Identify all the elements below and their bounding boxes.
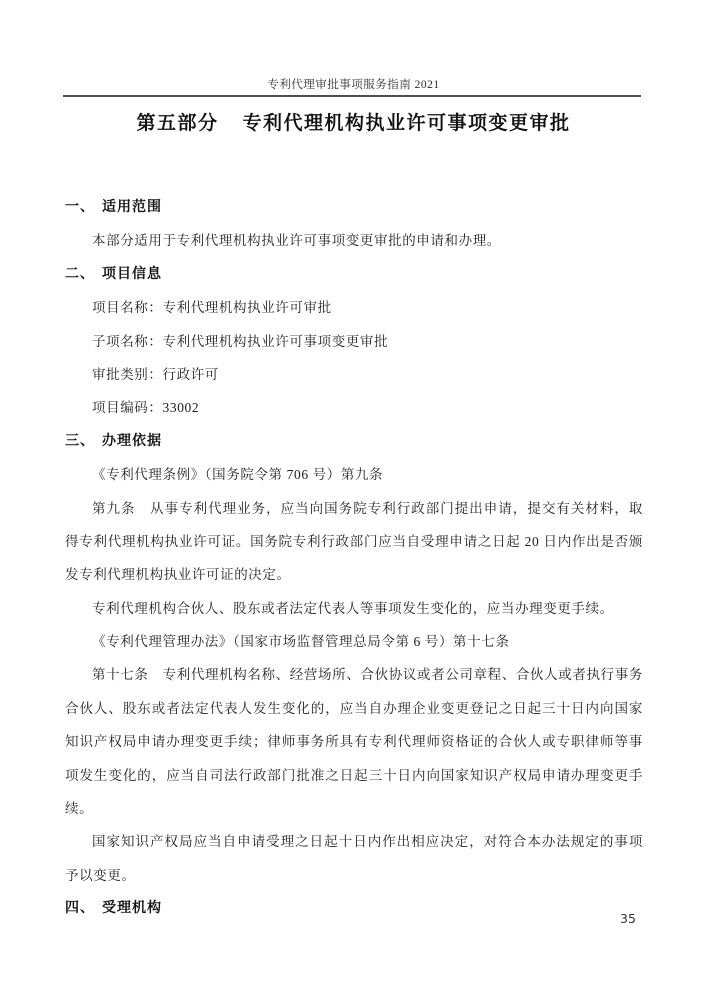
section-title: 适用范围 bbox=[102, 200, 162, 215]
text-line: 本部分适用于专利代理机构执业许可事项变更审批的申请和办理。 bbox=[65, 224, 643, 257]
text-line: 知识产权局申请办理变更手续；律师事务所具有专利代理师资格证的合伙人或专职律师等事 bbox=[65, 725, 643, 758]
text-line: 项目名称：专利代理机构执业许可审批 bbox=[65, 291, 643, 324]
section-title: 办理依据 bbox=[102, 434, 162, 449]
text-line: 国家知识产权局应当自申请受理之日起十日内作出相应决定，对符合本办法规定的事项 bbox=[65, 825, 643, 858]
text-line: 项发生变化的，应当自司法行政部门批准之日起三十日内向国家知识产权局申请办理变更手 bbox=[65, 759, 643, 792]
text-line: 审批类别：行政许可 bbox=[65, 358, 643, 391]
section-heading: 四、受理机构 bbox=[65, 892, 643, 925]
section-heading: 二、项目信息 bbox=[65, 258, 643, 291]
section-title: 项目信息 bbox=[102, 267, 162, 282]
section-heading: 一、适用范围 bbox=[65, 191, 643, 224]
text-line: 得专利代理机构执业许可证。国务院专利行政部门应当自受理申请之日起 20 日内作出… bbox=[65, 525, 643, 558]
text-line: 发专利代理机构执业许可证的决定。 bbox=[65, 558, 643, 591]
section-number: 二、 bbox=[65, 267, 95, 282]
text-line: 合伙人、股东或者法定代表人发生变化的，应当自办理企业变更登记之日起三十日内向国家 bbox=[65, 692, 643, 725]
text-line: 子项名称：专利代理机构执业许可事项变更审批 bbox=[65, 325, 643, 358]
document-page: 专利代理审批事项服务指南 2021 第五部分 专利代理机构执业许可事项变更审批 … bbox=[0, 0, 707, 1000]
header-divider bbox=[63, 95, 641, 97]
text-line: 予以变更。 bbox=[65, 859, 643, 892]
running-header: 专利代理审批事项服务指南 2021 bbox=[0, 76, 707, 92]
section-heading: 三、办理依据 bbox=[65, 425, 643, 458]
section-number: 三、 bbox=[65, 434, 95, 449]
text-line: 第十七条 专利代理机构名称、经营场所、合伙协议或者公司章程、合伙人或者执行事务 bbox=[65, 658, 643, 691]
text-line: 专利代理机构合伙人、股东或者法定代表人等事项发生变化的，应当办理变更手续。 bbox=[65, 592, 643, 625]
section-title: 受理机构 bbox=[102, 901, 162, 916]
text-line: 第九条 从事专利代理业务，应当向国务院专利行政部门提出申请，提交有关材料，取 bbox=[65, 492, 643, 525]
text-line: 续。 bbox=[65, 792, 643, 825]
page-title: 第五部分 专利代理机构执业许可事项变更审批 bbox=[0, 108, 707, 135]
text-line: 项目编码：33002 bbox=[65, 391, 643, 424]
text-line: 《专利代理条例》（国务院令第 706 号）第九条 bbox=[65, 458, 643, 491]
page-title-part-number: 第五部分 bbox=[136, 108, 218, 135]
section-number: 一、 bbox=[65, 200, 95, 215]
section-number: 四、 bbox=[65, 901, 95, 916]
text-line: 《专利代理管理办法》（国家市场监督管理总局令第 6 号）第十七条 bbox=[65, 625, 643, 658]
page-number: 35 bbox=[620, 911, 636, 926]
content: 一、适用范围本部分适用于专利代理机构执业许可事项变更审批的申请和办理。二、项目信… bbox=[65, 191, 643, 926]
page-title-part-text: 专利代理机构执业许可事项变更审批 bbox=[243, 108, 571, 135]
